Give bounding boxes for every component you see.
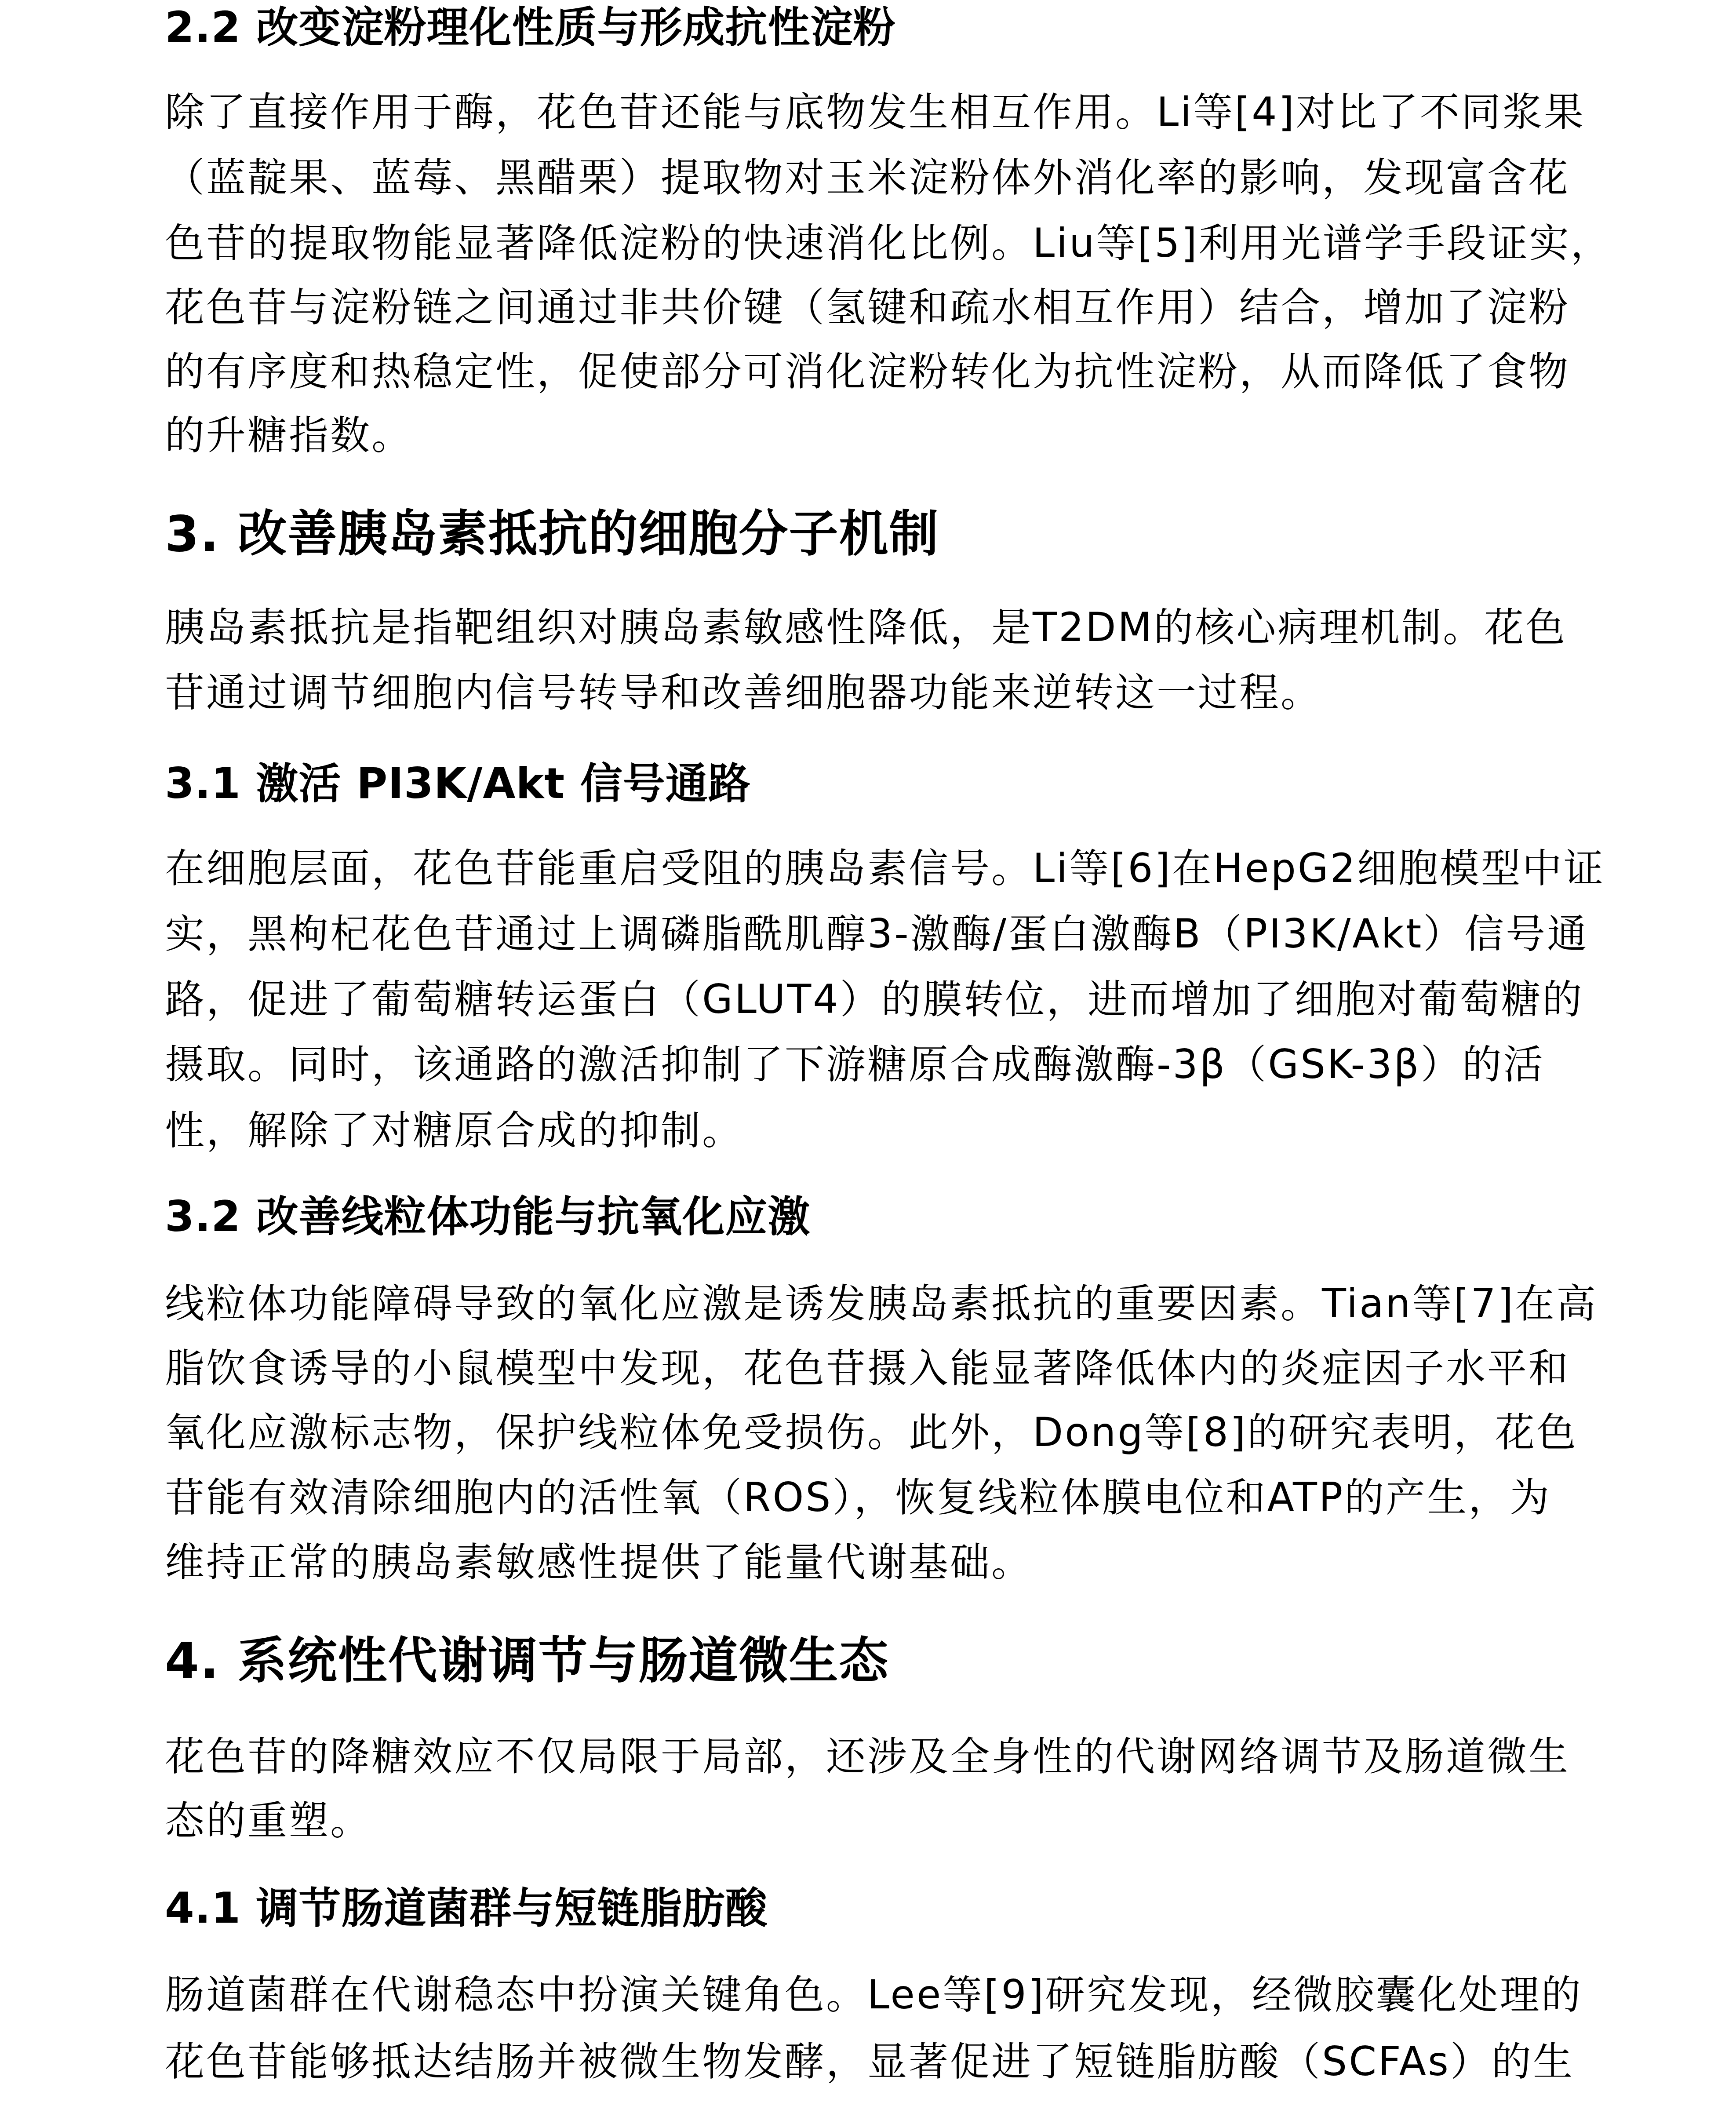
paragraph-line: 胰岛素抵抗是指靶组织对胰岛素敏感性降低，是T2DM的核心病理机制。花色 (165, 601, 1567, 654)
paragraph-line: 性，解除了对糖原合成的抑制。 (165, 1104, 743, 1157)
paragraph-line: 花色苷能够抵达结肠并被微生物发酵，显著促进了短链脂肪酸（SCFAs）的生 (165, 2036, 1574, 2088)
section-heading-3-2: 3.2 改善线粒体功能与抗氧化应激 (165, 1190, 810, 1243)
section-heading-3: 3. 改善胰岛素抵抗的细胞分子机制 (165, 503, 939, 565)
section-heading-2-2: 2.2 改变淀粉理化性质与形成抗性淀粉 (165, 1, 895, 54)
paragraph-line: 肠道菌群在代谢稳态中扮演关键角色。Lee等[9]研究发现，经微胶囊化处理的 (165, 1969, 1583, 2022)
paragraph-line: 色苷的提取物能显著降低淀粉的快速消化比例。Liu等[5]利用光谱学手段证实， (165, 217, 1612, 270)
paragraph-line: 摄取。同时，该通路的激活抑制了下游糖原合成酶激酶-3β（GSK-3β）的活 (165, 1038, 1545, 1091)
paragraph-line: 线粒体功能障碍导致的氧化应激是诱发胰岛素抵抗的重要因素。Tian等[7]在高 (165, 1278, 1598, 1330)
paragraph-line: 实，黑枸杞花色苷通过上调磷脂酰肌醇3-激酶/蛋白激酶B（PI3K/Akt）信号通 (165, 908, 1588, 961)
paragraph-line: 苷通过调节细胞内信号转导和改善细胞器功能来逆转这一过程。 (165, 667, 1322, 719)
paragraph-line: 脂饮食诱导的小鼠模型中发现，花色苷摄入能显著降低体内的炎症因子水平和 (165, 1342, 1570, 1395)
paragraph-line: 路，促进了葡萄糖转运蛋白（GLUT4）的膜转位，进而增加了细胞对葡萄糖的 (165, 973, 1584, 1026)
paragraph-line: 在细胞层面，花色苷能重启受阻的胰岛素信号。Li等[6]在HepG2细胞模型中证 (165, 842, 1605, 895)
paragraph-line: 除了直接作用于酶，花色苷还能与底物发生相互作用。Li等[4]对比了不同浆果 (165, 86, 1585, 139)
paragraph-line: 花色苷与淀粉链之间通过非共价键（氢键和疏水相互作用）结合，增加了淀粉 (165, 281, 1570, 334)
paragraph-line: 苷能有效清除细胞内的活性氧（ROS），恢复线粒体膜电位和ATP的产生，为 (165, 1472, 1551, 1524)
section-heading-3-1: 3.1 激活 PI3K/Akt 信号通路 (165, 757, 751, 810)
paragraph-line: 维持正常的胰岛素敏感性提供了能量代谢基础。 (165, 1536, 1033, 1589)
section-heading-4-1: 4.1 调节肠道菌群与短链脂肪酸 (165, 1882, 768, 1935)
paragraph-line: 的升糖指数。 (165, 409, 413, 462)
paragraph-line: 花色苷的降糖效应不仅局限于局部，还涉及全身性的代谢网络调节及肠道微生 (165, 1731, 1570, 1783)
paragraph-line: 氧化应激标志物，保护线粒体免受损伤。此外，Dong等[8]的研究表明，花色 (165, 1406, 1578, 1459)
paragraph-line: 态的重塑。 (165, 1795, 371, 1847)
paragraph-line: （蓝靛果、蓝莓、黑醋栗）提取物对玉米淀粉体外消化率的影响，发现富含花 (165, 152, 1570, 204)
section-heading-4: 4. 系统性代谢调节与肠道微生态 (165, 1630, 889, 1692)
paragraph-line: 的有序度和热稳定性，促使部分可消化淀粉转化为抗性淀粉，从而降低了食物 (165, 346, 1570, 398)
